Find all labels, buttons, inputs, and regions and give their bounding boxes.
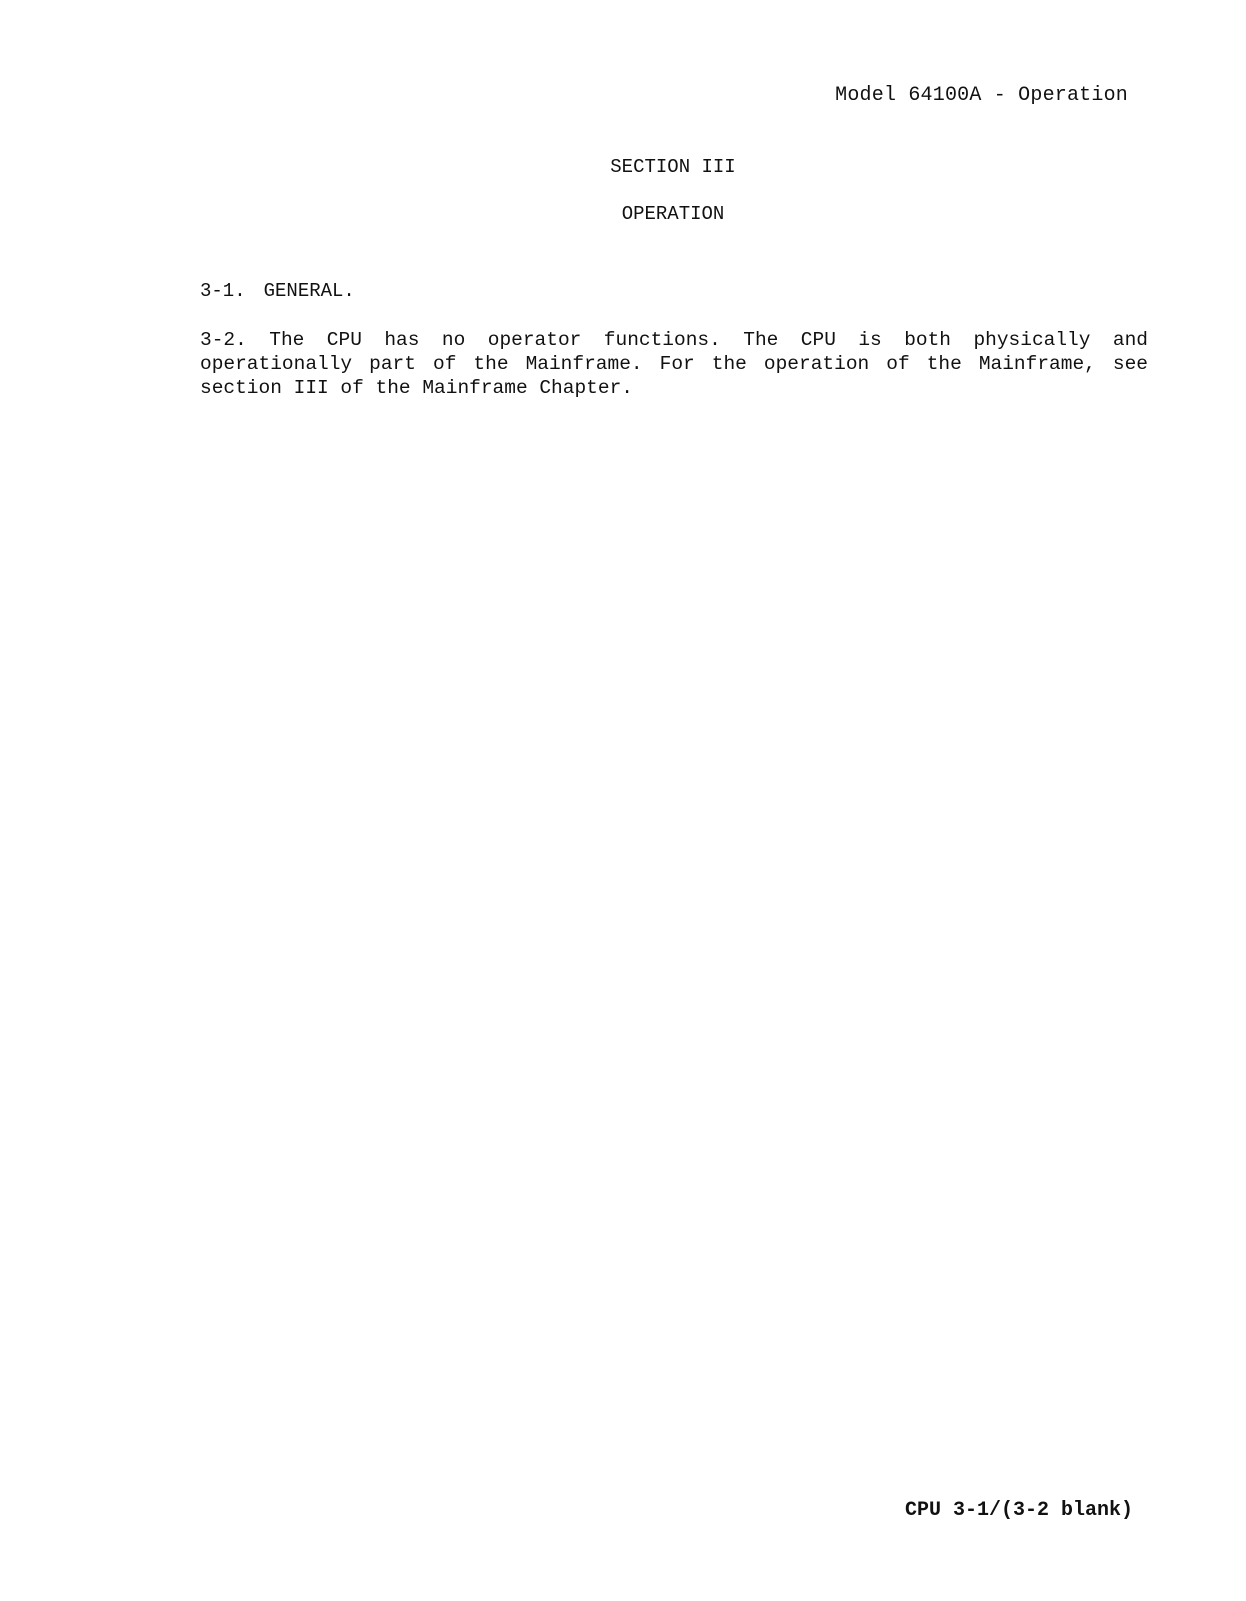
page-footer: CPU 3-1/(3-2 blank) [905,1499,1133,1522]
paragraph-heading: GENERAL. [264,280,355,302]
running-header: Model 64100A - Operation [835,84,1128,107]
paragraph-number: 3-1. [200,280,246,302]
paragraph-heading-general: 3-1.GENERAL. [200,280,355,302]
paragraph-number: 3-2. [200,329,247,351]
paragraph-text: The CPU has no operator functions. The C… [200,329,1148,399]
paragraph-body: 3-2. The CPU has no operator functions. … [200,328,1148,400]
section-title: SECTION III [0,156,1246,178]
section-subtitle: OPERATION [0,203,1246,225]
